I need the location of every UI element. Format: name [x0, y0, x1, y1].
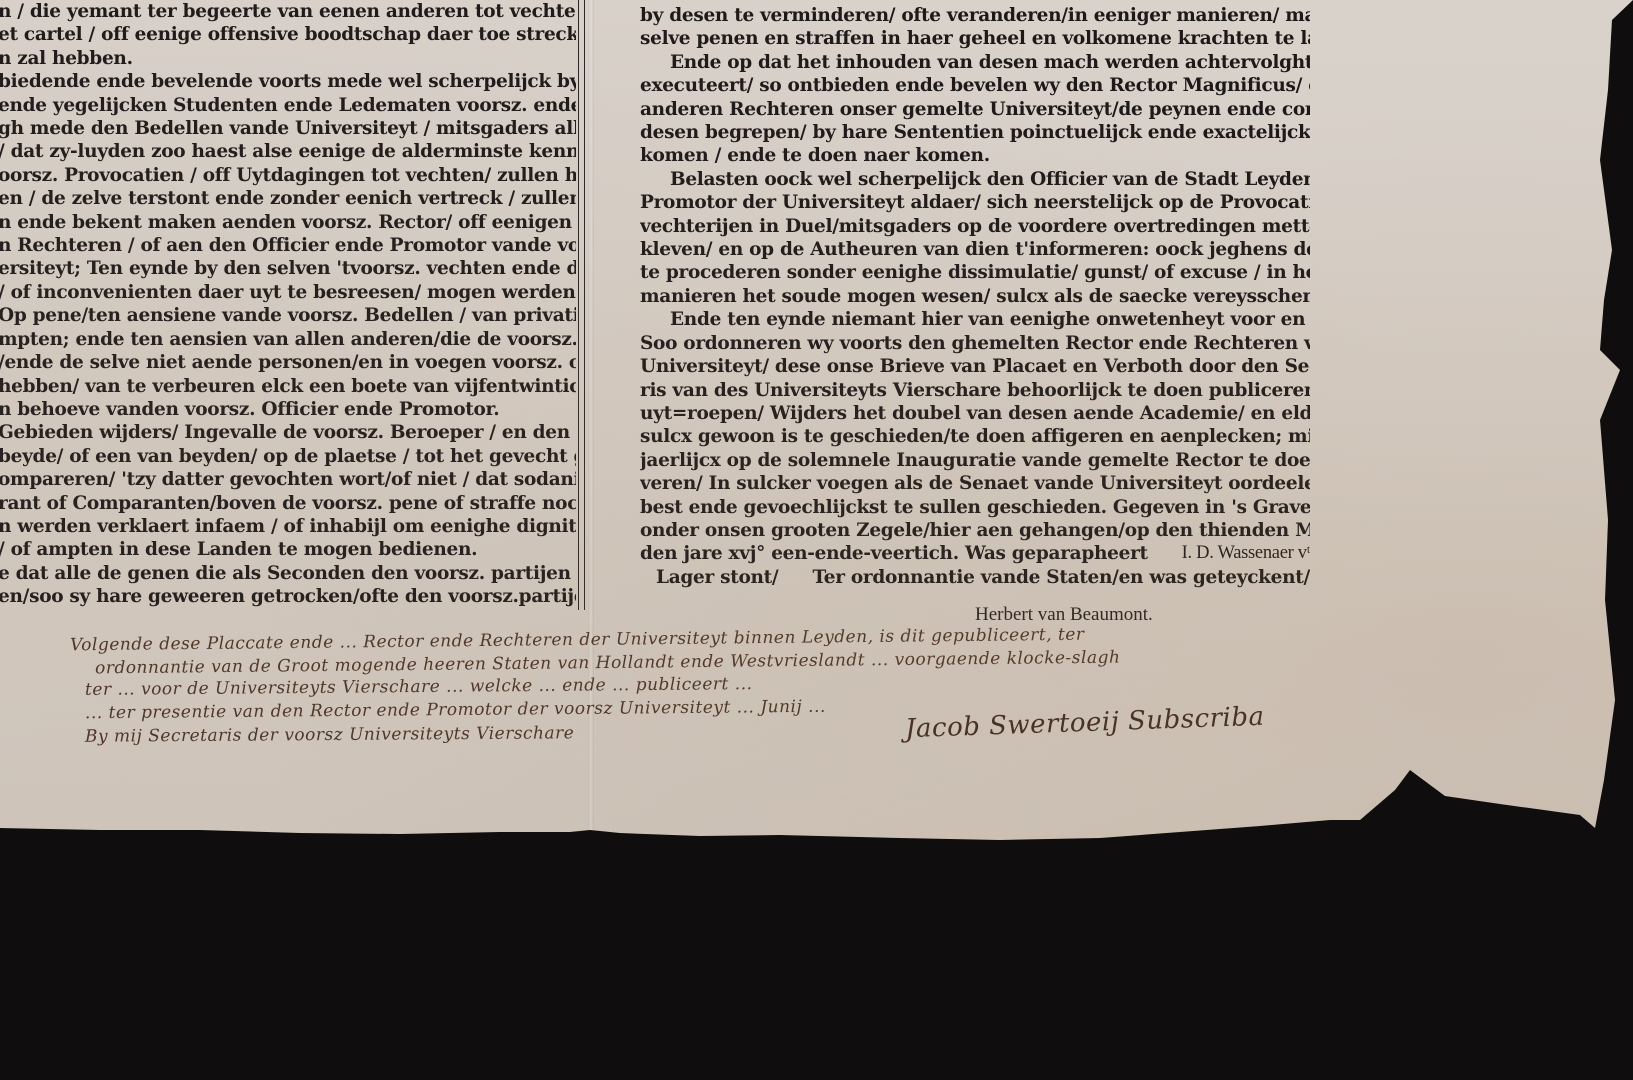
text-line: rant of Comparanten/boven de voorsz. pen… [0, 492, 576, 515]
paragraph-start: Ende op dat het inhouden van desen mach … [640, 51, 1310, 74]
text-line: n behoeve vanden voorsz. Officier ende P… [0, 398, 576, 421]
text-line: executeert/ so ontbieden ende bevelen wy… [640, 74, 1310, 97]
text-line: n werden verklaert infaem / of inhabijl … [0, 515, 576, 538]
text-line: / of inconvenienten daer uyt te besreese… [0, 281, 576, 304]
text-line: / dat zy-luyden zoo haest alse eenige de… [0, 140, 576, 163]
text-line: Promotor der Universiteyt aldaer/ sich n… [640, 191, 1310, 214]
text-line: Gebieden wijders/ Ingevalle de voorsz. B… [0, 421, 576, 444]
column-rule-right [584, 0, 585, 610]
text-line: en / de zelve terstont ende zonder eenic… [0, 187, 576, 210]
text-line: mpten; ende ten aensien van allen andere… [0, 328, 576, 351]
text-line: ompareren/ 'tzy datter gevochten wort/of… [0, 468, 576, 491]
text-line: hebben/ van te verbeuren elck een boete … [0, 375, 576, 398]
text-line: biedende ende bevelende voorts mede wel … [0, 70, 576, 93]
text-line: et cartel / off eenige offensive boodtsc… [0, 23, 576, 46]
handwritten-signature: Jacob Swertoeij Subscriba [905, 702, 1265, 745]
paragraph-start: Ende ten eynde niemant hier van eenighe … [640, 308, 1310, 331]
text-line: by desen te verminderen/ ofte veranderen… [640, 4, 1310, 27]
signature-line-left: Lager stont/ [656, 566, 778, 589]
signatory-name: Herbert van Beaumont. [975, 604, 1153, 626]
text-line: en/soo sy hare geweeren getrocken/ofte d… [0, 585, 576, 608]
paraph-line: den jare xvj° een-ende-veertich. Was gep… [640, 542, 1310, 565]
text-line: Op pene/ten aensiene vande voorsz. Bedel… [0, 304, 576, 327]
text-line: desen begrepen/ by hare Sententien poinc… [640, 121, 1310, 144]
handwritten-line: ter ... voor de Universiteyts Vierschare… [85, 674, 753, 700]
text-line: uyt=roepen/ Wijders het doubel van desen… [640, 402, 1310, 425]
text-line: anderen Rechteren onser gemelte Universi… [640, 98, 1310, 121]
signature-line-right: Ter ordonnantie vande Staten/en was gete… [812, 566, 1310, 589]
text-line: kleven/ en op de Autheuren van dien t'in… [640, 238, 1310, 261]
right-column-text: by desen te verminderen/ ofte veranderen… [640, 4, 1310, 589]
text-line: veren/ In sulcker voegen als de Senaet v… [640, 472, 1310, 495]
paraph-name: I. D. Wassenaer vᵗ [1182, 542, 1310, 565]
handwritten-line: ... ter presentie van den Rector ende Pr… [85, 697, 826, 723]
text-line: komen / ende te doen naer komen. [640, 144, 1310, 167]
text-line: jaerlijcx op de solemnele Inauguratie va… [640, 449, 1310, 472]
text-line: n ende bekent maken aenden voorsz. Recto… [0, 211, 576, 234]
text-line: Soo ordonneren wy voorts den ghemelten R… [640, 332, 1310, 355]
text-line: den jare xvj° een-ende-veertich. Was gep… [640, 542, 1148, 565]
text-line: sulcx gewoon is te geschieden/te doen af… [640, 425, 1310, 448]
text-line: te procederen sonder eenighe dissimulati… [640, 261, 1310, 284]
signature-line: Lager stont/ Ter ordonnantie vande State… [640, 566, 1310, 589]
text-line: vechterijen in Duel/mitsgaders op de voo… [640, 215, 1310, 238]
handwritten-line: By mij Secretaris der voorsz Universitey… [85, 723, 574, 746]
document-sheet: n / die yemant ter begeerte van eenen an… [0, 0, 1633, 1080]
text-line: manieren het soude mogen wesen/ sulcx al… [640, 285, 1310, 308]
text-line: onder onsen grooten Zegele/hier aen geha… [640, 519, 1310, 542]
text-line: beyde/ of een van beyden/ op de plaetse … [0, 445, 576, 468]
text-line: n Rechteren / of aen den Officier ende P… [0, 234, 576, 257]
text-line: gh mede den Bedellen vande Universiteyt … [0, 117, 576, 140]
text-line: / of ampten in dese Landen te mogen bedi… [0, 538, 576, 561]
text-line: e dat alle de genen die als Seconden den… [0, 562, 576, 585]
text-line: ersiteyt; Ten eynde by den selven 'tvoor… [0, 257, 576, 280]
text-line: n / die yemant ter begeerte van eenen an… [0, 0, 576, 23]
column-rule-left [578, 0, 579, 610]
paragraph-start: Belasten oock wel scherpelijck den Offic… [640, 168, 1310, 191]
text-line: /ende de selve niet aende personen/en in… [0, 351, 576, 374]
text-line: Universiteyt/ dese onse Brieve van Placa… [640, 355, 1310, 378]
left-column-text: n / die yemant ter begeerte van eenen an… [0, 0, 576, 609]
text-line: n zal hebben. [0, 47, 576, 70]
text-line: selve penen en straffen in haer geheel e… [640, 27, 1310, 50]
text-line: best ende gevoechlijckst te sullen gesch… [640, 496, 1310, 519]
text-line: ende yegelijcken Studenten ende Ledemate… [0, 94, 576, 117]
text-line: oorsz. Provocatien / off Uytdagingen tot… [0, 164, 576, 187]
text-line: ris van des Universiteyts Vierschare beh… [640, 379, 1310, 402]
